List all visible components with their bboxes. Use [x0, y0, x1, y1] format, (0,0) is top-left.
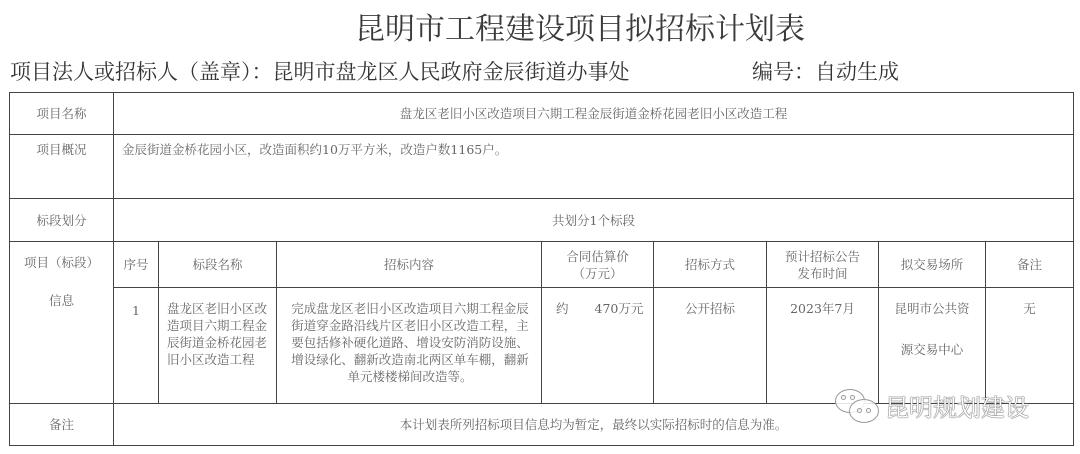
owner-label: 项目法人或招标人（盖章）： — [10, 60, 273, 84]
info-label-line2: 信息 — [10, 292, 113, 309]
row-overview: 项目概况 金辰街道金桥花园小区，改造面积约10万平方米，改造户数1165户。 — [10, 135, 1074, 199]
project-name-label: 项目名称 — [10, 93, 114, 135]
overview-label: 项目概况 — [10, 135, 114, 199]
project-name-value: 盘龙区老旧小区改造项目六期工程金辰街道金桥花园老旧小区改造工程 — [114, 93, 1074, 135]
col-price-line2: （万元） — [542, 265, 653, 282]
serial-value: 自动生成 — [815, 60, 899, 84]
row-section: 标段划分 共划分1个标段 — [10, 199, 1074, 242]
row-column-headers: 项目（标段） 信息 序号 标段名称 招标内容 合同估算价 （万元） 招标方式 预… — [10, 242, 1074, 288]
section-label: 标段划分 — [10, 199, 114, 242]
cell-price: 约470万元 — [542, 288, 654, 404]
cell-venue-line2: 源交易中心 — [879, 341, 985, 358]
watermark: 昆明规划建设 — [835, 388, 1029, 423]
table-row: 1 盘龙区老旧小区改造项目六期工程金辰街道金桥花园老旧小区改造工程 完成盘龙区老… — [10, 288, 1074, 404]
col-price-line1: 合同估算价 — [542, 248, 653, 265]
cell-venue-line1: 昆明市公共资 — [879, 300, 985, 317]
cell-price-prefix: 约 — [556, 301, 569, 316]
col-publish: 预计招标公告 发布时间 — [767, 242, 879, 288]
cell-name: 盘龙区老旧小区改造项目六期工程金辰街道金桥花园老旧小区改造工程 — [159, 288, 277, 404]
owner-value: 昆明市盘龙区人民政府金辰街道办事处 — [273, 60, 630, 84]
col-publish-line2: 发布时间 — [767, 265, 878, 282]
col-publish-line1: 预计招标公告 — [767, 248, 878, 265]
col-method: 招标方式 — [654, 242, 767, 288]
note-label: 备注 — [10, 404, 114, 446]
info-label: 项目（标段） 信息 — [10, 242, 114, 404]
info-label-line1: 项目（标段） — [10, 254, 113, 271]
cell-price-value: 470万元 — [595, 301, 644, 316]
cell-remark: 无 — [986, 288, 1074, 404]
serial-line: 编号：自动生成 — [752, 56, 899, 86]
cell-method: 公开招标 — [654, 288, 767, 404]
col-seq: 序号 — [114, 242, 159, 288]
cell-content: 完成盘龙区老旧小区改造项目六期工程金辰街道穿金路沿线片区老旧小区改造工程，主要包… — [277, 288, 542, 404]
owner-line: 项目法人或招标人（盖章）：昆明市盘龙区人民政府金辰街道办事处 — [10, 56, 630, 86]
row-project-name: 项目名称 盘龙区老旧小区改造项目六期工程金辰街道金桥花园老旧小区改造工程 — [10, 93, 1074, 135]
col-price: 合同估算价 （万元） — [542, 242, 654, 288]
col-remark: 备注 — [986, 242, 1074, 288]
watermark-text: 昆明规划建设 — [885, 388, 1029, 423]
cell-publish: 2023年7月 — [767, 288, 879, 404]
col-content: 招标内容 — [277, 242, 542, 288]
cell-venue: 昆明市公共资 源交易中心 — [879, 288, 986, 404]
serial-label: 编号： — [752, 60, 815, 84]
section-value: 共划分1个标段 — [114, 199, 1074, 242]
page-title: 昆明市工程建设项目拟招标计划表 — [0, 4, 1080, 48]
wechat-icon — [835, 389, 879, 423]
col-name: 标段名称 — [159, 242, 277, 288]
overview-value: 金辰街道金桥花园小区，改造面积约10万平方米，改造户数1165户。 — [114, 135, 1074, 199]
col-venue: 拟交易场所 — [879, 242, 986, 288]
cell-seq: 1 — [114, 288, 159, 404]
